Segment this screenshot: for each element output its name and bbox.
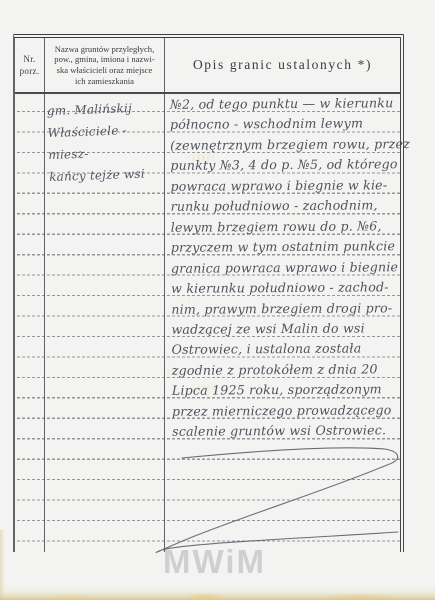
handwritten-boundary-description: №2, od tego punktu — w kierunkupółnocno … bbox=[170, 93, 404, 442]
handwritten-line: nim, prawym brzegiem drogi pro- bbox=[171, 298, 403, 320]
header-line: Nazwa gruntów przyległych, bbox=[55, 44, 155, 55]
handwritten-owner-entry: gm. MalińskijWłaściciele - miesz-kańcy t… bbox=[46, 96, 165, 188]
header-cell-description: Opis granic ustalonych *) bbox=[165, 38, 400, 92]
header-description-label: Opis granic ustalonych *) bbox=[193, 57, 372, 73]
handwritten-line: Ostrowiec, i ustalona została bbox=[172, 339, 404, 361]
archive-watermark: MWiM bbox=[163, 543, 266, 581]
header-line: Nr. bbox=[23, 53, 35, 65]
header-line: pow., gmina, imiona i nazwi- bbox=[54, 54, 154, 65]
handwritten-line: (zewnętrznym brzegiem rowu, przez bbox=[170, 134, 402, 156]
handwritten-line: lewym brzegiem rowu do p. №6, bbox=[171, 216, 403, 238]
handwritten-line: kańcy tejże wsi bbox=[49, 162, 166, 188]
table-body-row: gm. MalińskijWłaściciele - miesz-kańcy t… bbox=[15, 94, 400, 552]
scan-bottom-edge bbox=[0, 584, 435, 600]
record-table: Nr.porz. Nazwa gruntów przyległych,pow.,… bbox=[13, 34, 404, 552]
handwritten-line: №2, od tego punktu — w kierunku bbox=[170, 93, 402, 115]
handwritten-line: w kierunku południowo - zachod- bbox=[171, 277, 403, 299]
scanned-document-page: { "document": { "kind": "scanned land-re… bbox=[0, 0, 435, 600]
body-cell-description: №2, od tego punktu — w kierunkupółnocno … bbox=[165, 94, 400, 552]
body-cell-owners: gm. MalińskijWłaściciele - miesz-kańcy t… bbox=[45, 94, 165, 552]
handwritten-line: powraca wprawo i biegnie w kie- bbox=[170, 175, 402, 197]
header-cell-nr: Nr.porz. bbox=[15, 38, 45, 92]
handwritten-line: północno - wschodnim lewym bbox=[170, 114, 402, 136]
body-cell-nr bbox=[15, 94, 45, 552]
handwritten-line: przyczem w tym ostatnim punkcie bbox=[171, 236, 403, 258]
table-header-row: Nr.porz. Nazwa gruntów przyległych,pow.,… bbox=[15, 38, 400, 94]
handwritten-line: wadzącej ze wsi Malin do wsi bbox=[171, 318, 403, 340]
handwritten-line: przez mierniczego prowadzącego bbox=[172, 400, 404, 422]
scan-left-edge bbox=[0, 530, 5, 600]
handwritten-line: zgodnie z protokółem z dnia 20 bbox=[172, 359, 404, 381]
handwritten-line: punkty №3, 4 do p. №5, od którego bbox=[170, 155, 402, 177]
handwritten-line: scalenie gruntów wsi Ostrowiec. bbox=[172, 420, 404, 442]
handwritten-line: Lipca 1925 roku, sporządzonym bbox=[172, 380, 404, 402]
header-line: ska właścicieli oraz miejsce bbox=[57, 65, 153, 76]
handwritten-line: Właściciele - miesz- bbox=[47, 118, 164, 166]
header-cell-owners: Nazwa gruntów przyległych,pow., gmina, i… bbox=[45, 38, 165, 92]
header-line: ich zamieszkania bbox=[75, 76, 134, 87]
handwritten-line: runku południowo - zachodnim, bbox=[171, 195, 403, 217]
handwritten-line: granica powraca wprawo i biegnie bbox=[171, 257, 403, 279]
header-line: porz. bbox=[20, 65, 40, 77]
